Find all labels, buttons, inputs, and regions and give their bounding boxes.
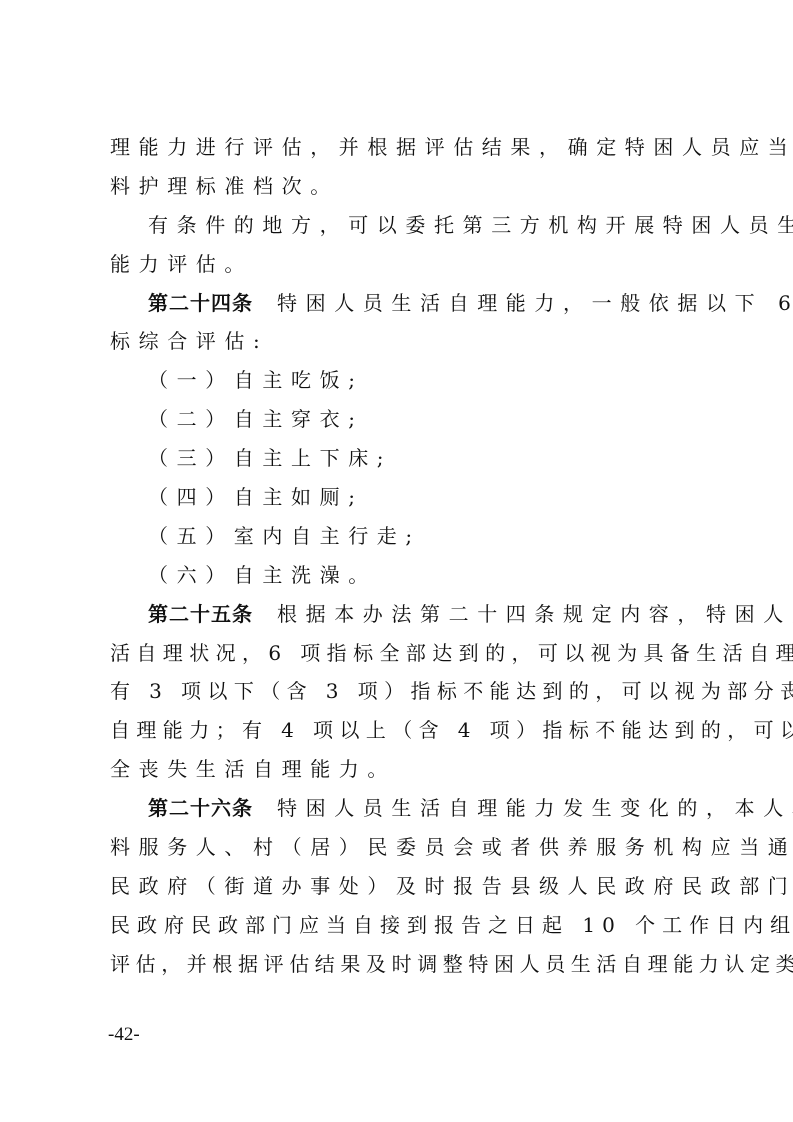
page-number: -42- xyxy=(108,1024,140,1046)
list-item: （一）自主吃饭; xyxy=(110,361,690,400)
text-line: 民政府民政部门应当自接到报告之日起 10 个工作日内组织复核 xyxy=(110,906,690,945)
list-item: （四）自主如厕; xyxy=(110,478,690,517)
text-line: 民政府（街道办事处）及时报告县级人民政府民政部门，县级人 xyxy=(110,867,690,906)
article-heading-25: 第二十五条 xyxy=(148,602,253,626)
text-line: 自理能力；有 4 项以上（含 4 项）指标不能达到的，可以视为完 xyxy=(110,711,690,750)
article-26-first-line: 第二十六条特困人员生活自理能力发生变化的，本人、照 xyxy=(110,789,690,828)
list-item: （三）自主上下床; xyxy=(110,439,690,478)
text-line: 有条件的地方，可以委托第三方机构开展特困人员生活自理 xyxy=(110,206,690,245)
text-line: 理能力进行评估，并根据评估结果，确定特困人员应当享受的照 xyxy=(110,128,690,167)
list-item: （二）自主穿衣; xyxy=(110,400,690,439)
text-line: 料护理标准档次。 xyxy=(110,167,690,206)
document-page: 理能力进行评估，并根据评估结果，确定特困人员应当享受的照 料护理标准档次。 有条… xyxy=(110,128,690,984)
text-line: 活自理状况，6 项指标全部达到的，可以视为具备生活自理能力； xyxy=(110,634,690,673)
text-line: 标综合评估: xyxy=(110,322,690,361)
list-item: （五）室内自主行走; xyxy=(110,517,690,556)
list-item: （六）自主洗澡。 xyxy=(110,556,690,595)
article-25-first-line: 第二十五条根据本办法第二十四条规定内容，特困人员生 xyxy=(110,595,690,634)
article-24-first-line: 第二十四条特困人员生活自理能力，一般依据以下 6 项指 xyxy=(110,284,690,323)
text-line: 有 3 项以下（含 3 项）指标不能达到的，可以视为部分丧失生活 xyxy=(110,672,690,711)
text-line: 料服务人、村（居）民委员会或者供养服务机构应当通过乡镇人 xyxy=(110,828,690,867)
article-heading-26: 第二十六条 xyxy=(148,796,253,820)
article-heading-24: 第二十四条 xyxy=(148,291,253,315)
text-line: 全丧失生活自理能力。 xyxy=(110,750,690,789)
text-line: 特困人员生活自理能力，一般依据以下 6 项指 xyxy=(277,291,793,315)
text-line: 根据本办法第二十四条规定内容，特困人员生 xyxy=(277,602,793,626)
text-line: 评估，并根据评估结果及时调整特困人员生活自理能力认定类别。 xyxy=(110,945,690,984)
text-line: 能力评估。 xyxy=(110,245,690,284)
text-line: 特困人员生活自理能力发生变化的，本人、照 xyxy=(277,796,793,820)
